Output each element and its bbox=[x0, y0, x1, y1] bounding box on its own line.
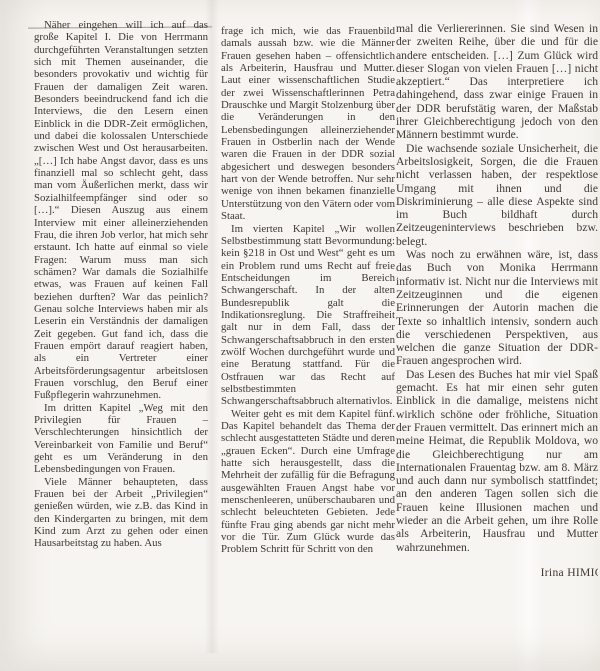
text-column-3: mal die Verliererinnen. Sie sind Wesen i… bbox=[396, 22, 598, 666]
paragraph-unsicherheit: Die wachsende soziale Unsicherheit, die … bbox=[396, 142, 598, 248]
paragraph-chapter3: Im dritten Kapitel „Weg mit den Privileg… bbox=[34, 402, 208, 476]
paragraph-verliererinnen: mal die Verliererinnen. Sie sind Wesen i… bbox=[396, 22, 598, 142]
author-signature: Irina HIMICI bbox=[405, 566, 598, 579]
text-column-1: Näher eingehen will ich auf das große Ka… bbox=[34, 19, 208, 659]
paragraph-chapter1: Näher eingehen will ich auf das große Ka… bbox=[34, 19, 208, 402]
scanned-document-page: { "page": { "kind": "scanned book-review… bbox=[0, 0, 600, 671]
paragraph-chapter5: Weiter geht es mit dem Kapitel fünf. Das… bbox=[221, 408, 395, 556]
paragraph-chapter4: Im vierten Kapitel „Wir wollen Selbstbes… bbox=[221, 223, 395, 408]
text-column-2: frage ich mich, wie das Frauenbild damal… bbox=[221, 25, 395, 659]
paragraph-fazit-informativ: Was noch zu erwähnen wäre, ist, dass das… bbox=[396, 248, 598, 368]
paragraph-maenner: Viele Männer behaupteten, dass Frauen be… bbox=[34, 476, 208, 550]
paragraph-fazit-persoenlich: Das Lesen des Buches hat mir viel Spaß g… bbox=[396, 368, 598, 554]
paragraph-frauenbild: frage ich mich, wie das Frauenbild damal… bbox=[221, 25, 395, 223]
